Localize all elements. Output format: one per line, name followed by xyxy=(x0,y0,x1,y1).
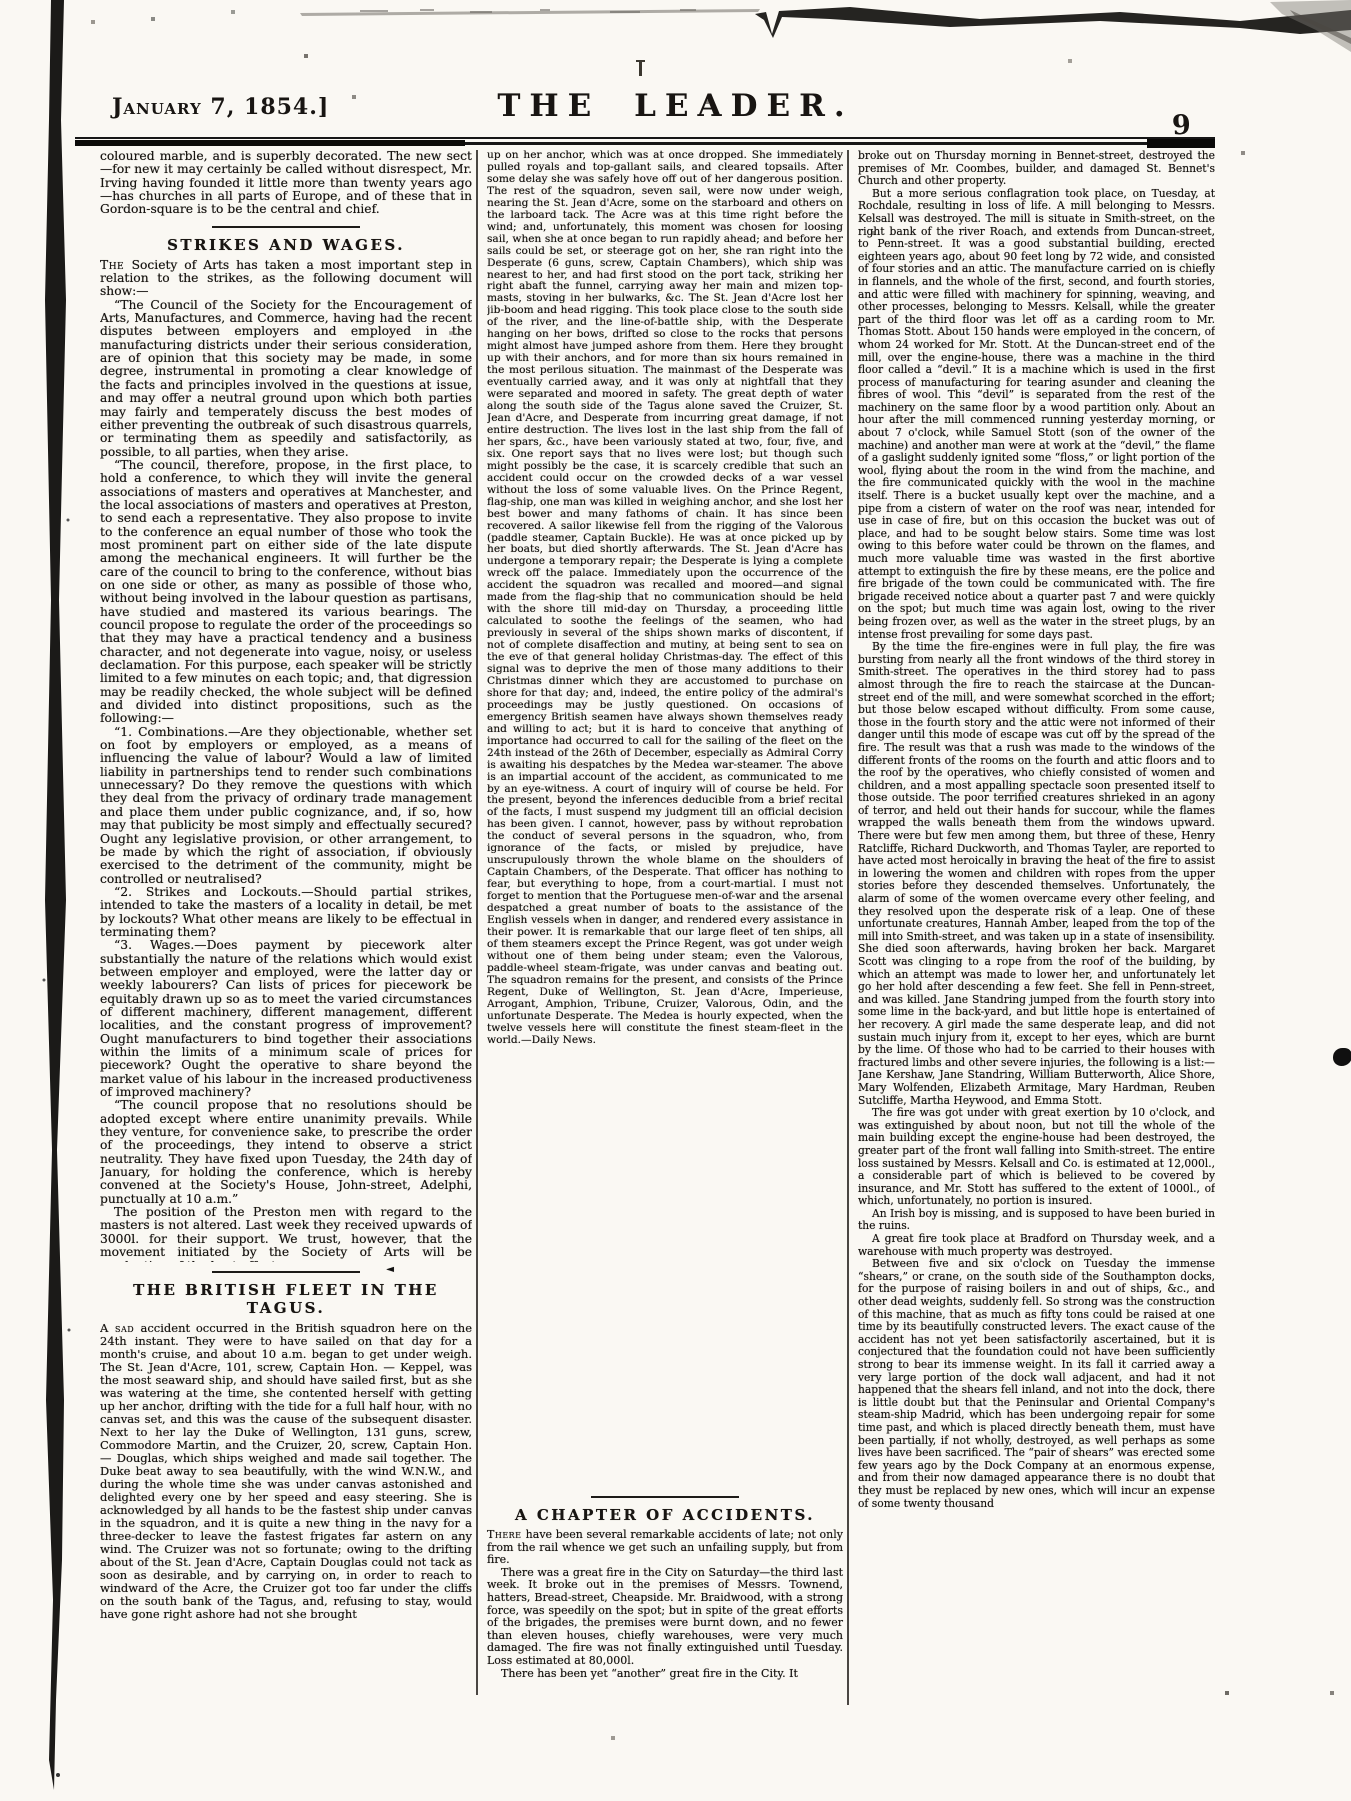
top-edge-scan-smear xyxy=(0,0,1351,70)
masthead-title: THE LEADER. xyxy=(0,88,1351,124)
article-heading: STRIKES AND WAGES. xyxy=(100,236,472,254)
column-2-lower: A CHAPTER OF ACCIDENTS.There have been s… xyxy=(487,1487,843,1680)
article-paragraph: “3. Wages.—Does payment by piecework alt… xyxy=(100,939,472,1099)
column-1-lower: ◄THE BRITISH FLEET IN THE TAGUS.A sad ac… xyxy=(100,1262,472,1684)
article-paragraph: By the time the fire-engines were in ful… xyxy=(858,641,1215,1107)
article-paragraph: “The council, therefore, propose, in the… xyxy=(100,459,472,726)
column-rule-2 xyxy=(847,150,849,1705)
article-paragraph: “2. Strikes and Lockouts.—Should partial… xyxy=(100,886,472,939)
article-paragraph: An Irish boy is missing, and is supposed… xyxy=(858,1208,1215,1233)
article-paragraph: up on her anchor, which was at once drop… xyxy=(487,150,843,1046)
paragraph-lead: The xyxy=(100,258,132,272)
article-paragraph: The Society of Arts has taken a most imp… xyxy=(100,259,472,299)
article-paragraph: But a more serious conflagration took pl… xyxy=(858,188,1215,641)
section-divider: ◄ xyxy=(212,1271,360,1273)
article-paragraph: A sad accident occurred in the British s… xyxy=(100,1322,472,1621)
article-paragraph: “The council propose that no resolutions… xyxy=(100,1099,472,1206)
paragraph-lead: A sad xyxy=(100,1321,140,1335)
masthead-rule-thin xyxy=(75,137,1215,139)
right-margin-ink-blot xyxy=(1333,1048,1351,1066)
article-paragraph: There has been yet “another” great fire … xyxy=(487,1668,843,1681)
article-heading: THE BRITISH FLEET IN THE TAGUS. xyxy=(100,1281,472,1317)
article-paragraph: A great fire took place at Bradford on T… xyxy=(858,1233,1215,1258)
stray-ink-tick xyxy=(639,60,642,76)
article-paragraph: “1. Combinations.—Are they objectionable… xyxy=(100,726,472,886)
newspaper-page: January 7, 1854.] THE LEADER. 9 coloured… xyxy=(0,0,1351,1801)
column-rule-1 xyxy=(476,150,478,1695)
article-paragraph: There have been several remarkable accid… xyxy=(487,1529,843,1567)
paragraph-lead: There xyxy=(487,1528,526,1541)
section-divider xyxy=(212,226,360,228)
article-paragraph: broke out on Thursday morning in Bennet-… xyxy=(858,150,1215,188)
article-paragraph: Between five and six o'clock on Tuesday … xyxy=(858,1258,1215,1510)
article-paragraph: “The Council of the Society for the Enco… xyxy=(100,299,472,459)
masthead-rule-right-heavy xyxy=(1147,139,1215,148)
article-paragraph: The position of the Preston men with reg… xyxy=(100,1206,472,1262)
section-divider xyxy=(591,1496,739,1498)
masthead-rule-left-heavy xyxy=(75,140,465,146)
article-paragraph: The fire was got under with great exerti… xyxy=(858,1107,1215,1208)
left-edge-scan-strip xyxy=(38,0,80,1801)
column-2-upper: up on her anchor, which was at once drop… xyxy=(487,150,843,1486)
scan-specks xyxy=(0,0,2,2)
pointer-ornament-icon: ◄ xyxy=(386,1263,394,1276)
article-paragraph: coloured marble, and is superbly decorat… xyxy=(100,150,472,217)
column-1-upper: coloured marble, and is superbly decorat… xyxy=(100,150,472,1262)
article-paragraph: There was a great fire in the City on Sa… xyxy=(487,1567,843,1668)
article-heading: A CHAPTER OF ACCIDENTS. xyxy=(487,1506,843,1524)
column-3: broke out on Thursday morning in Bennet-… xyxy=(858,150,1215,1710)
